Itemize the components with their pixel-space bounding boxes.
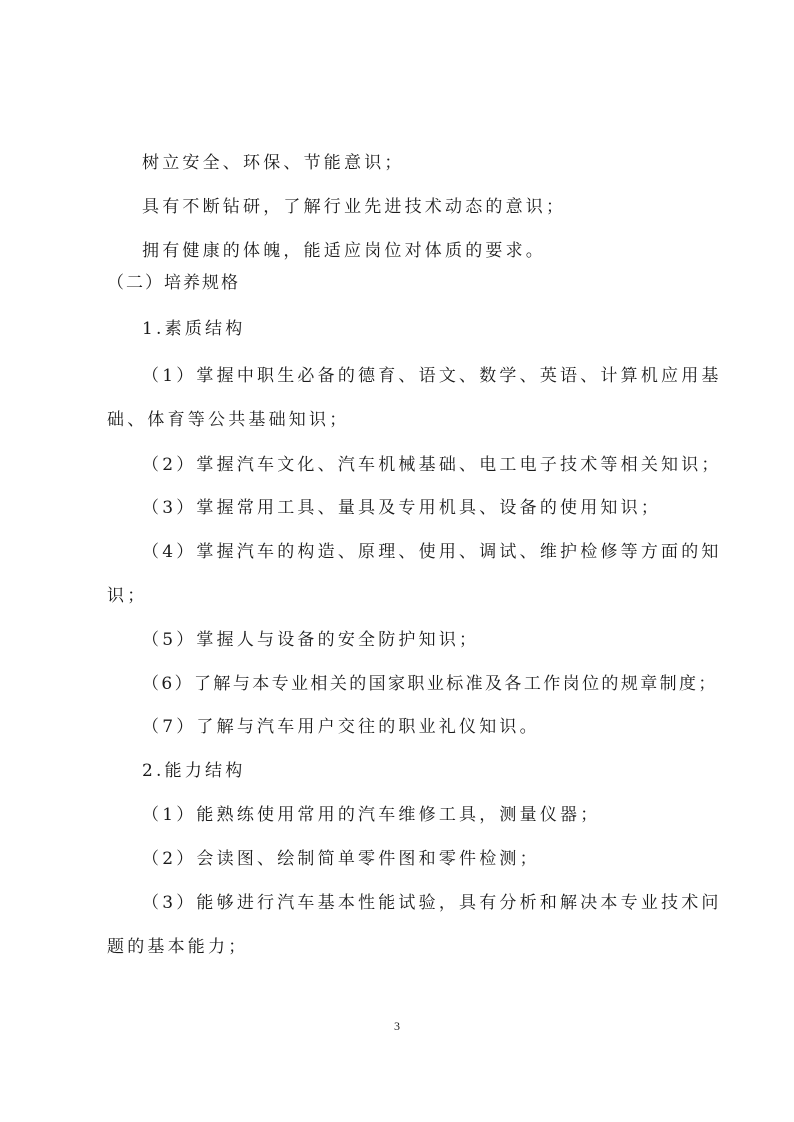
paragraph-line: 拥有健康的体魄，能适应岗位对体质的要求。 <box>142 240 546 262</box>
subsection-heading: 1.素质结构 <box>142 318 245 340</box>
list-item-line: （2）会读图、绘制简单零件图和零件检测； <box>142 848 540 870</box>
list-item-line: （6）了解与本专业相关的国家职业标准及各工作岗位的规章制度； <box>142 673 718 695</box>
list-item-continuation: 础、体育等公共基础知识； <box>107 409 349 431</box>
list-item-continuation: 识； <box>107 585 147 607</box>
document-page: 树立安全、环保、节能意识； 具有不断钻研，了解行业先进技术动态的意识； 拥有健康… <box>0 0 794 1122</box>
subsection-heading: 2.能力结构 <box>142 760 245 782</box>
section-heading: （二）培养规格 <box>107 272 240 294</box>
paragraph-line: 树立安全、环保、节能意识； <box>142 152 405 174</box>
list-item-line: （5）掌握人与设备的安全防护知识； <box>142 629 479 651</box>
list-item-line: （1）掌握中职生必备的德育、语文、数学、英语、计算机应用基 <box>142 365 722 387</box>
page-number: 3 <box>0 1019 794 1034</box>
list-item-line: （3）掌握常用工具、量具及专用机具、设备的使用知识； <box>142 497 661 519</box>
list-item-line: （1）能熟练使用常用的汽车维修工具，测量仪器； <box>142 804 600 826</box>
list-item-line: （3）能够进行汽车基本性能试验，具有分析和解决本专业技术问 <box>142 892 722 914</box>
list-item-continuation: 题的基本能力； <box>107 936 248 958</box>
list-item-line: （2）掌握汽车文化、汽车机械基础、电工电子技术等相关知识； <box>142 454 722 476</box>
list-item-line: （4）掌握汽车的构造、原理、使用、调试、维护检修等方面的知 <box>142 541 722 563</box>
list-item-line: （7）了解与汽车用户交往的职业礼仪知识。 <box>142 716 540 738</box>
paragraph-line: 具有不断钻研，了解行业先进技术动态的意识； <box>142 196 566 218</box>
